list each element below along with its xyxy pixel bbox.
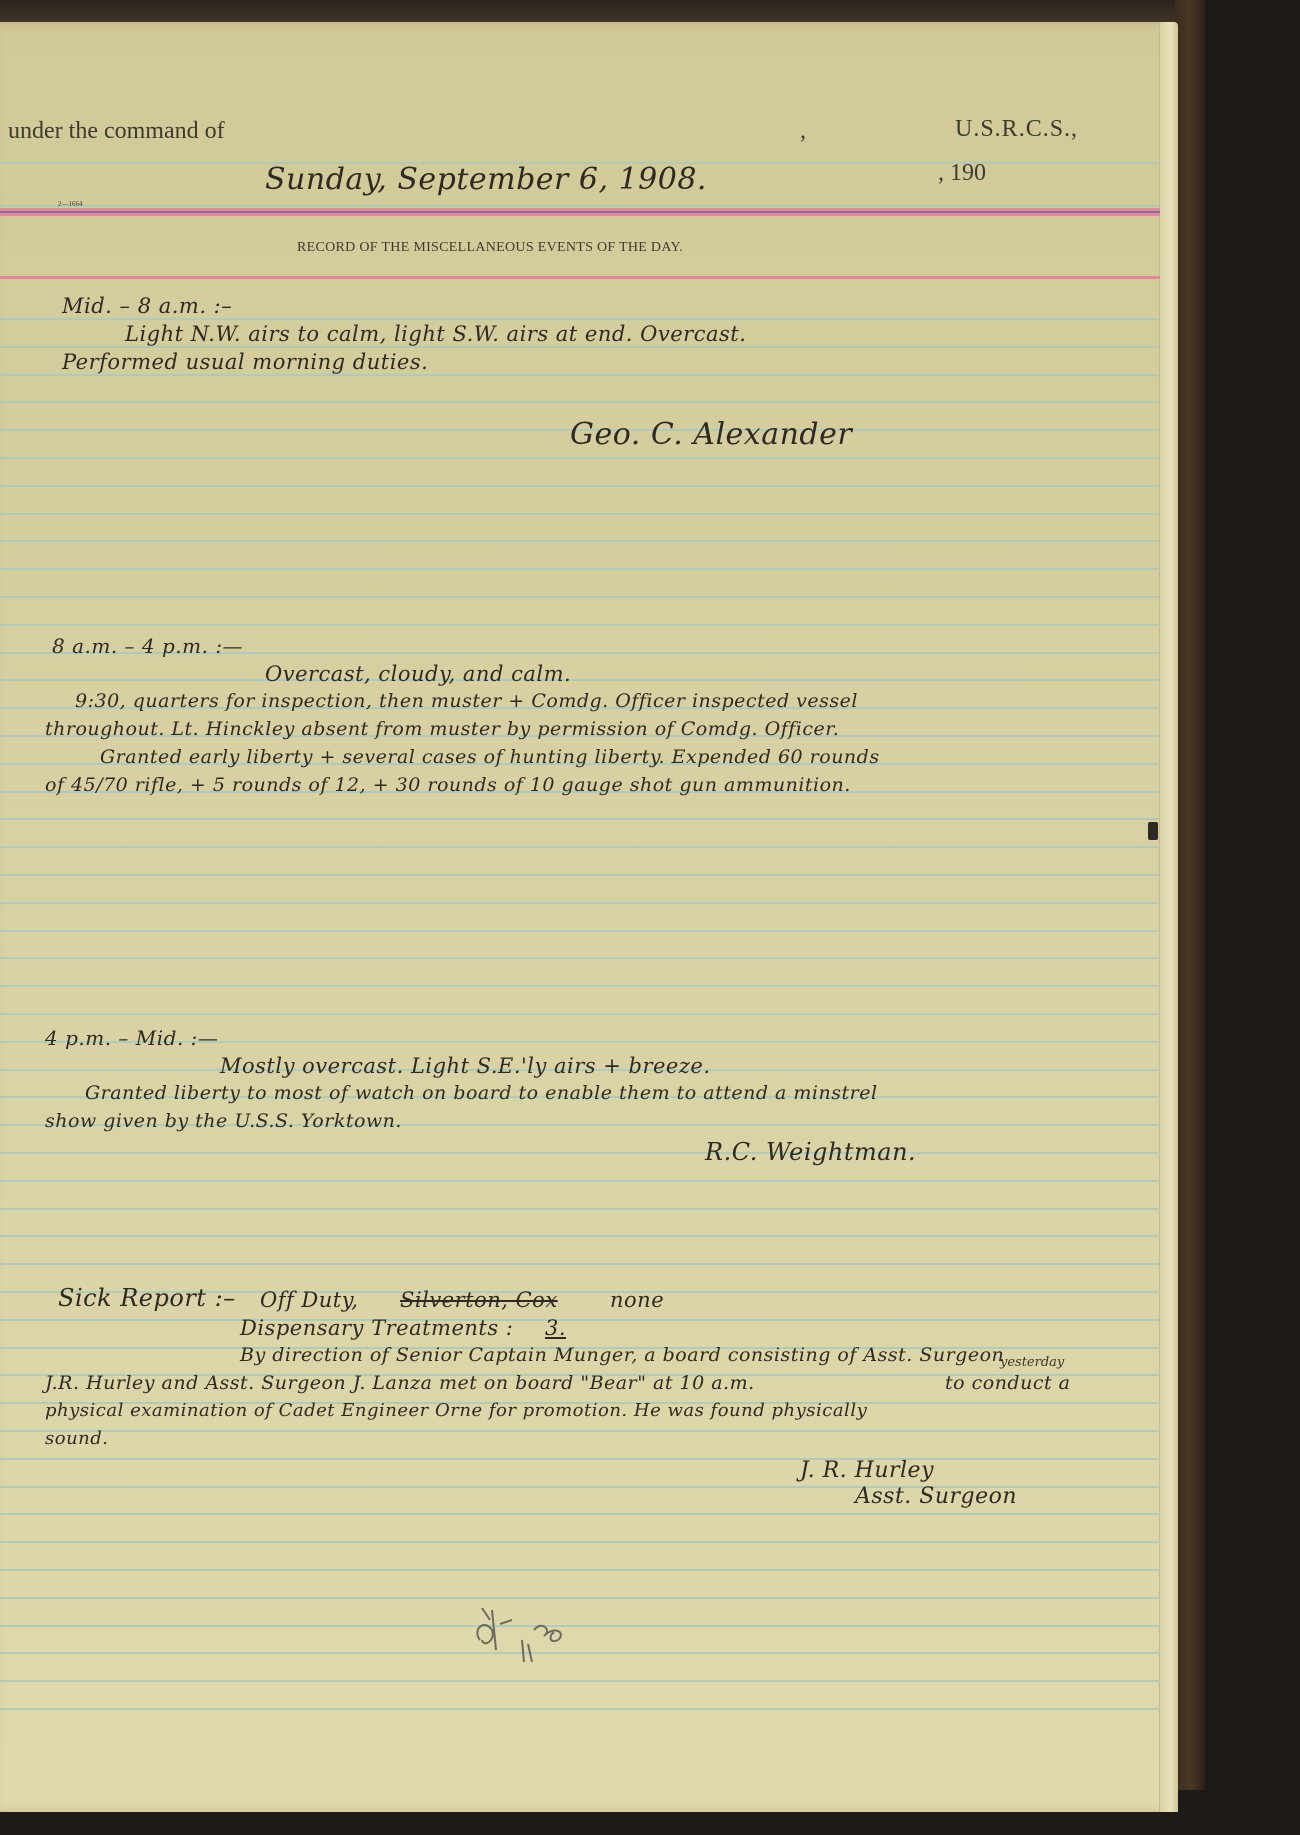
rule	[0, 930, 1160, 932]
rule	[0, 957, 1160, 959]
entry-line: Granted early liberty + several cases of…	[100, 746, 880, 768]
rule	[0, 401, 1160, 403]
dispensary-value: 3.	[545, 1316, 566, 1340]
signature-title: Asst. Surgeon	[855, 1484, 1017, 1509]
rule	[0, 1597, 1160, 1599]
command-label: under the command of	[8, 118, 225, 145]
page-edge	[1159, 22, 1178, 1812]
entry-line: 9:30, quarters for inspection, then must…	[75, 690, 858, 712]
signature-name: J. R. Hurley	[800, 1458, 934, 1483]
rule	[0, 1569, 1160, 1571]
entry-line: Overcast, cloudy, and calm.	[265, 662, 571, 686]
board-line: sound.	[45, 1428, 109, 1449]
entry-line: throughout. Lt. Hinckley absent from mus…	[45, 718, 839, 740]
dispensary-label: Dispensary Treatments :	[240, 1316, 513, 1340]
rule	[0, 346, 1160, 348]
rule	[0, 374, 1160, 376]
rule	[0, 818, 1160, 820]
board-line: J.R. Hurley and Asst. Surgeon J. Lanza m…	[45, 1372, 755, 1394]
rule	[0, 1013, 1160, 1015]
off-duty-label: Off Duty,	[260, 1288, 359, 1312]
command-comma: ,	[800, 118, 806, 145]
rule	[0, 1458, 1160, 1460]
rule	[0, 1263, 1160, 1265]
pencil-initials	[462, 1600, 572, 1677]
entry-line: of 45/70 rifle, + 5 rounds of 12, + 30 r…	[45, 774, 851, 796]
pencil-scribble-icon	[462, 1600, 572, 1670]
insertion-yesterday: yesterday	[1000, 1355, 1064, 1370]
watch-label: 8 a.m. – 4 p.m. :—	[52, 634, 243, 658]
year-prefix: , 190	[938, 160, 986, 187]
entry-line: Mostly overcast. Light S.E.'ly airs + br…	[220, 1054, 711, 1078]
rule	[0, 485, 1160, 487]
service-abbrev: U.S.R.C.S.,	[955, 116, 1078, 143]
section-title: RECORD OF THE MISCELLANEOUS EVENTS OF TH…	[297, 240, 683, 256]
rule	[0, 1208, 1160, 1210]
rule	[0, 596, 1160, 598]
rule	[0, 846, 1160, 848]
watch-label: 4 p.m. – Mid. :—	[45, 1026, 218, 1050]
entry-line: show given by the U.S.S. Yorktown.	[45, 1110, 402, 1132]
handwritten-date: Sunday, September 6, 1908.	[265, 162, 707, 197]
signature: R.C. Weightman.	[705, 1138, 916, 1166]
rule	[0, 457, 1160, 459]
rule	[0, 1235, 1160, 1237]
red-rule	[0, 276, 1160, 279]
rule	[0, 1430, 1160, 1432]
rule	[0, 902, 1160, 904]
board-line: to conduct a	[945, 1372, 1070, 1394]
rule	[0, 624, 1160, 626]
entry-line: Granted liberty to most of watch on boar…	[85, 1082, 878, 1104]
rule	[0, 513, 1160, 515]
rule	[0, 568, 1160, 570]
watch-label: Mid. – 8 a.m. :–	[62, 294, 232, 318]
rule	[0, 1708, 1160, 1710]
off-duty-struck-names: Silverton, Cox	[400, 1288, 558, 1312]
page-tab-marker	[1148, 822, 1158, 840]
logbook-page: under the command of , U.S.R.C.S., Sunda…	[0, 22, 1178, 1812]
rule	[0, 205, 1160, 207]
form-number: 2—1664	[58, 200, 83, 208]
rule	[0, 1513, 1160, 1515]
board-line: By direction of Senior Captain Munger, a…	[240, 1344, 1004, 1366]
rule	[0, 985, 1160, 987]
rule	[0, 679, 1160, 681]
rule	[0, 1152, 1160, 1154]
rule	[0, 1625, 1160, 1627]
entry-line: Light N.W. airs to calm, light S.W. airs…	[125, 322, 746, 346]
red-rule	[0, 213, 1160, 216]
rule	[0, 1652, 1160, 1654]
rule	[0, 1319, 1160, 1321]
signature: Geo. C. Alexander	[570, 417, 852, 452]
book-binding-spine	[1175, 0, 1205, 1790]
rule	[0, 1180, 1160, 1182]
off-duty-value: none	[610, 1288, 664, 1312]
rule	[0, 1680, 1160, 1682]
rule	[0, 540, 1160, 542]
rule	[0, 318, 1160, 320]
sick-report-label: Sick Report :–	[58, 1284, 236, 1312]
board-line: physical examination of Cadet Engineer O…	[45, 1400, 867, 1421]
rule	[0, 874, 1160, 876]
rule	[0, 1541, 1160, 1543]
entry-line: Performed usual morning duties.	[62, 350, 428, 374]
